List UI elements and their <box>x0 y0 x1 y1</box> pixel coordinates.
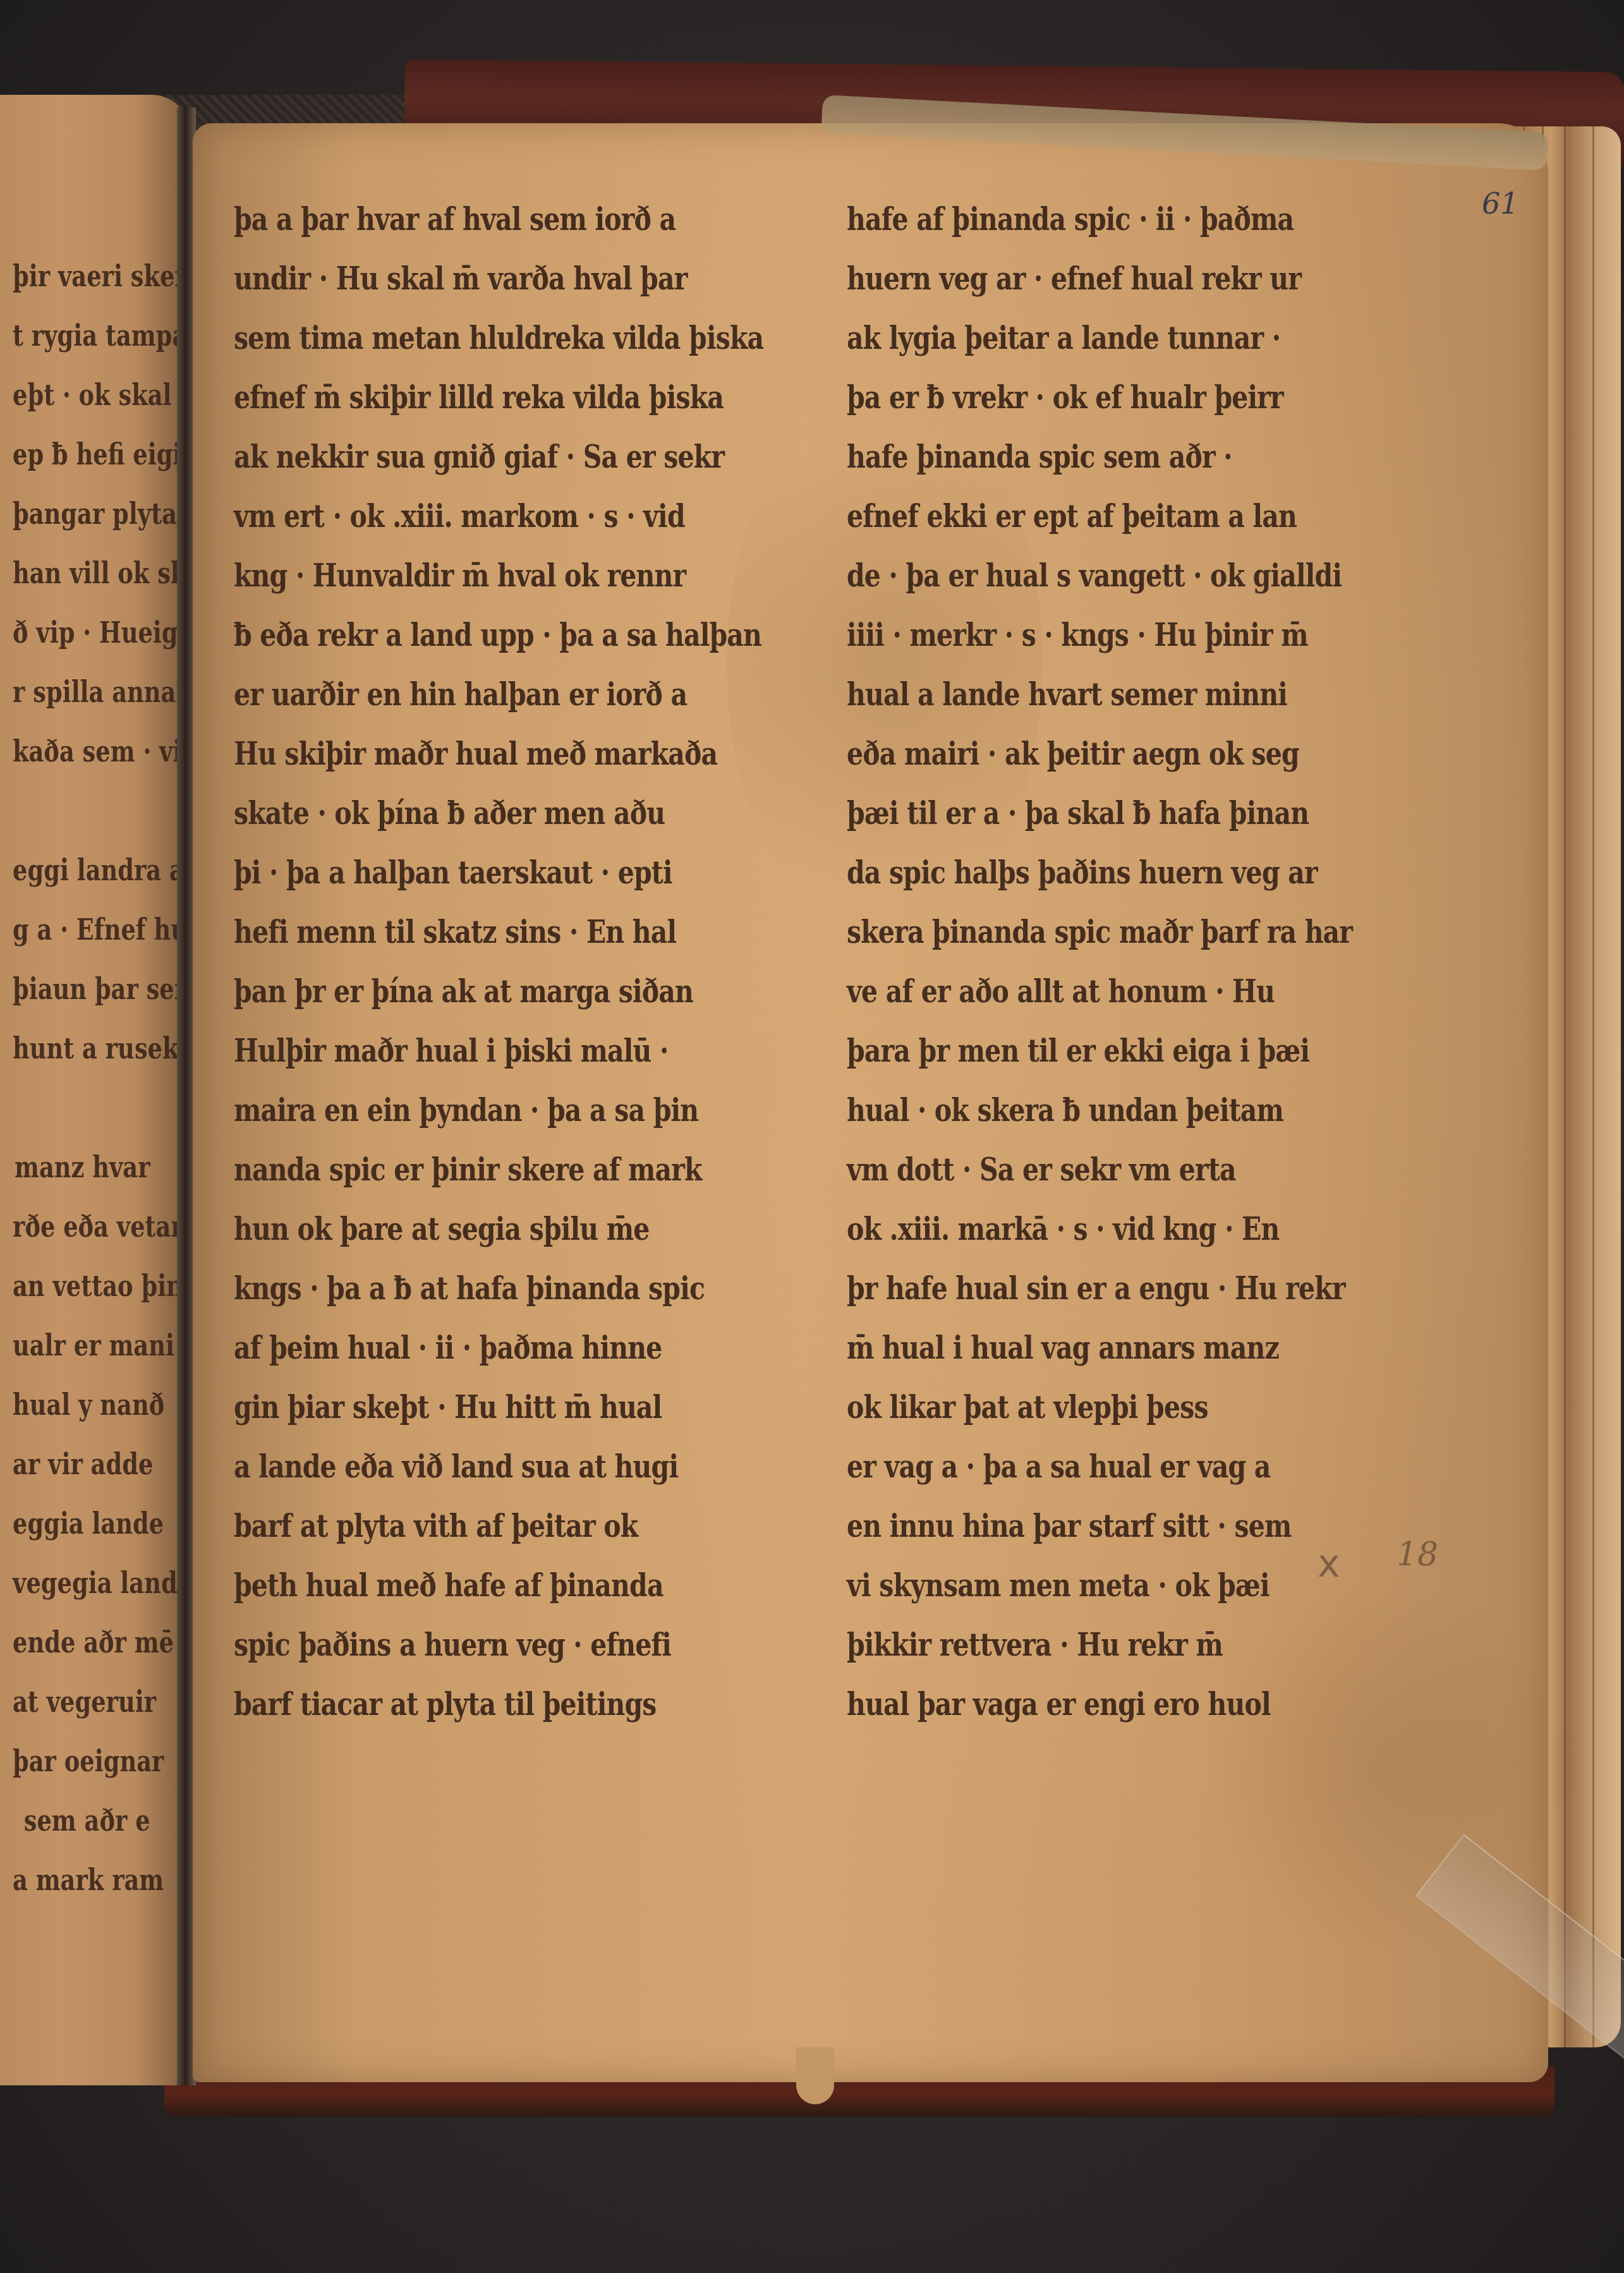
manuscript-line: skate · ok þína ƀ aðer men aðu <box>234 784 731 843</box>
manuscript-line: nanda spic er þinir skere af mark <box>234 1140 731 1199</box>
manuscript-line: undir · Hu skal m̄ varða hval þar <box>234 249 731 308</box>
manuscript-line: hefi menn til skatz sins · En hal <box>234 902 731 962</box>
manuscript-line: eða mairi · ak þeitir aegn ok seg <box>847 724 1313 784</box>
manuscript-line: hual a lande hvart semer minni <box>847 665 1313 724</box>
manuscript-line: eþt · ok skal <box>13 365 164 425</box>
manuscript-line: ve af er aðo allt at honum · Hu <box>847 962 1313 1021</box>
manuscript-line: kaða sem · vi skyn <box>13 722 164 781</box>
manuscript-line: a mark ram <box>13 1850 164 1910</box>
manuscript-line: þi · þa a halþan taerskaut · epti <box>234 843 731 902</box>
manuscript-line: vegegia land <box>13 1553 164 1613</box>
manuscript-line: þan þr er þína ak at marga siðan <box>234 962 731 1021</box>
manuscript-line: ok likar þat at vlepþi þess <box>847 1378 1313 1437</box>
manuscript-line: g a · Efnef hual <box>13 900 164 959</box>
manuscript-line: þæi til er a · þa skal ƀ hafa þinan <box>847 784 1313 843</box>
manuscript-line: ð vip · Hueigilande <box>13 603 164 662</box>
manuscript-line: hun ok þare at segia sþilu m̄e <box>234 1199 731 1259</box>
manuscript-line: þir vaeri skera <box>13 246 164 306</box>
manuscript-line: sem aðr e <box>13 1791 164 1850</box>
manuscript-line: þar oeignar <box>13 1731 164 1791</box>
manuscript-line: hual · ok skera ƀ undan þeitam <box>847 1081 1313 1140</box>
manuscript-line: a lande eða við land sua at hugi <box>234 1437 731 1496</box>
manuscript-line: Hu skiþir maðr hual með markaða <box>234 724 731 784</box>
manuscript-line: ualr er mani <box>13 1316 164 1375</box>
manuscript-line: rðe eða vetan <box>13 1197 164 1256</box>
page-tear <box>796 2047 834 2104</box>
manuscript-line: vm ert · ok .xiii. markom · s · vid <box>234 487 731 546</box>
manuscript-line <box>13 1078 164 1137</box>
manuscript-line: hafe af þinanda spic · ii · þaðma <box>847 190 1313 249</box>
manuscript-line: ak lygia þeitar a lande tunnar · <box>847 308 1313 368</box>
manuscript-line: þeth hual með hafe af þinanda <box>234 1556 731 1615</box>
manuscript-line: kng · Hunvaldir m̄ hval ok rennr <box>234 546 731 605</box>
manuscript-line: ak nekkir sua gnið giaf · Sa er sekr <box>234 427 731 487</box>
manuscript-line: ende aðr mē <box>13 1613 164 1672</box>
manuscript-line: þara þr men til er ekki eiga i þæi <box>847 1021 1313 1081</box>
manuscript-line: han vill ok ske <box>13 543 164 603</box>
manuscript-line: þikkir rettvera · Hu rekr m̄ <box>847 1615 1313 1675</box>
manuscript-line: t rygia tampar <box>13 306 164 365</box>
manuscript-line: er vag a · þa a sa hual er vag a <box>847 1437 1313 1496</box>
manuscript-line: maira en ein þyndan · þa a sa þin <box>234 1081 731 1140</box>
manuscript-line: gin þiar skeþt · Hu hitt m̄ hual <box>234 1378 731 1437</box>
manuscript-line: huern veg ar · efnef hual rekr ur <box>847 249 1313 308</box>
manuscript-line: efnef ekki er ept af þeitam a lan <box>847 487 1313 546</box>
manuscript-line: ep ƀ hefi eigi <box>13 425 164 484</box>
manuscript-line: ok .xiii. markā · s · vid kng · En <box>847 1199 1313 1259</box>
manuscript-line: at vegeruir <box>13 1672 164 1731</box>
manuscript-line: barf at plyta vith af þeitar ok <box>234 1496 731 1556</box>
manuscript-line: er uarðir en hin halþan er iorð a <box>234 665 731 724</box>
manuscript-line: vm dott · Sa er sekr vm erta <box>847 1140 1313 1199</box>
margin-number: 18 <box>1397 1536 1438 1573</box>
margin-cross-mark: x <box>1318 1542 1340 1586</box>
manuscript-line <box>13 781 164 840</box>
manuscript-line: an vettao þinan <box>13 1256 164 1316</box>
manuscript-line: sem tima metan hluldreka vilda þiska <box>234 308 731 368</box>
manuscript-line: ar vir adde <box>13 1434 164 1494</box>
manuscript-line: iiii · merkr · s · kngs · Hu þinir m̄ <box>847 605 1313 665</box>
manuscript-line: þiaun þar semen <box>13 959 164 1019</box>
manuscript-line: de · þa er hual s vangett · ok gialldi <box>847 546 1313 605</box>
manuscript-line: hafe þinanda spic sem aðr · <box>847 427 1313 487</box>
manuscript-line: barf tiacar at plyta til þeitings <box>234 1675 731 1734</box>
manuscript-line: af þeim hual · ii · þaðma hinne <box>234 1318 731 1378</box>
manuscript-line: vi skynsam men meta · ok þæi <box>847 1556 1313 1615</box>
manuscript-line: Hulþir maðr hual i þiski malū · <box>234 1021 731 1081</box>
folio-number: 61 <box>1482 186 1519 221</box>
manuscript-line: da spic halþs þaðins huern veg ar <box>847 843 1313 902</box>
manuscript-line: þa a þar hvar af hval sem iorð a <box>234 190 731 249</box>
manuscript-line: en innu hina þar starf sitt · sem <box>847 1496 1313 1556</box>
facing-page-verso: þir vaeri skerat rygia tampareþt · ok sk… <box>0 95 190 2085</box>
manuscript-line: spic þaðins a huern veg · efnefi <box>234 1615 731 1675</box>
facing-page-text: þir vaeri skerat rygia tampareþt · ok sk… <box>0 246 164 1910</box>
manuscript-line: efnef m̄ skiþir lilld reka vilda þiska <box>234 368 731 427</box>
manuscript-line: eggi landra a <box>13 840 164 900</box>
manuscript-line: ƀ eða rekr a land upp · þa a sa halþan <box>234 605 731 665</box>
manuscript-line: eggia lande <box>13 1494 164 1553</box>
stack-line <box>1592 126 1594 2047</box>
manuscript-line: hunt a rusekia <box>13 1019 164 1078</box>
manuscript-line: þr hafe hual sin er a engu · Hu rekr <box>847 1259 1313 1318</box>
text-column-right: hafe af þinanda spic · ii · þaðmahuern v… <box>847 190 1415 1734</box>
manuscript-line: skera þinanda spic maðr þarf ra har <box>847 902 1313 962</box>
manuscript-line: manz hvar <box>13 1137 164 1197</box>
text-column-left: þa a þar hvar af hval sem iorð aundir · … <box>234 190 840 1734</box>
manuscript-line: þa er ƀ vrekr · ok ef hualr þeirr <box>847 368 1313 427</box>
manuscript-line: kngs · þa a ƀ at hafa þinanda spic <box>234 1259 731 1318</box>
manuscript-line: r spilla annar hur <box>13 662 164 722</box>
manuscript-line: hual þar vaga er engi ero huol <box>847 1675 1313 1734</box>
manuscript-line: þangar plyta <box>13 484 164 543</box>
manuscript-line: hual y nanð <box>13 1375 164 1434</box>
manuscript-line: m̄ hual i hual vag annars manz <box>847 1318 1313 1378</box>
